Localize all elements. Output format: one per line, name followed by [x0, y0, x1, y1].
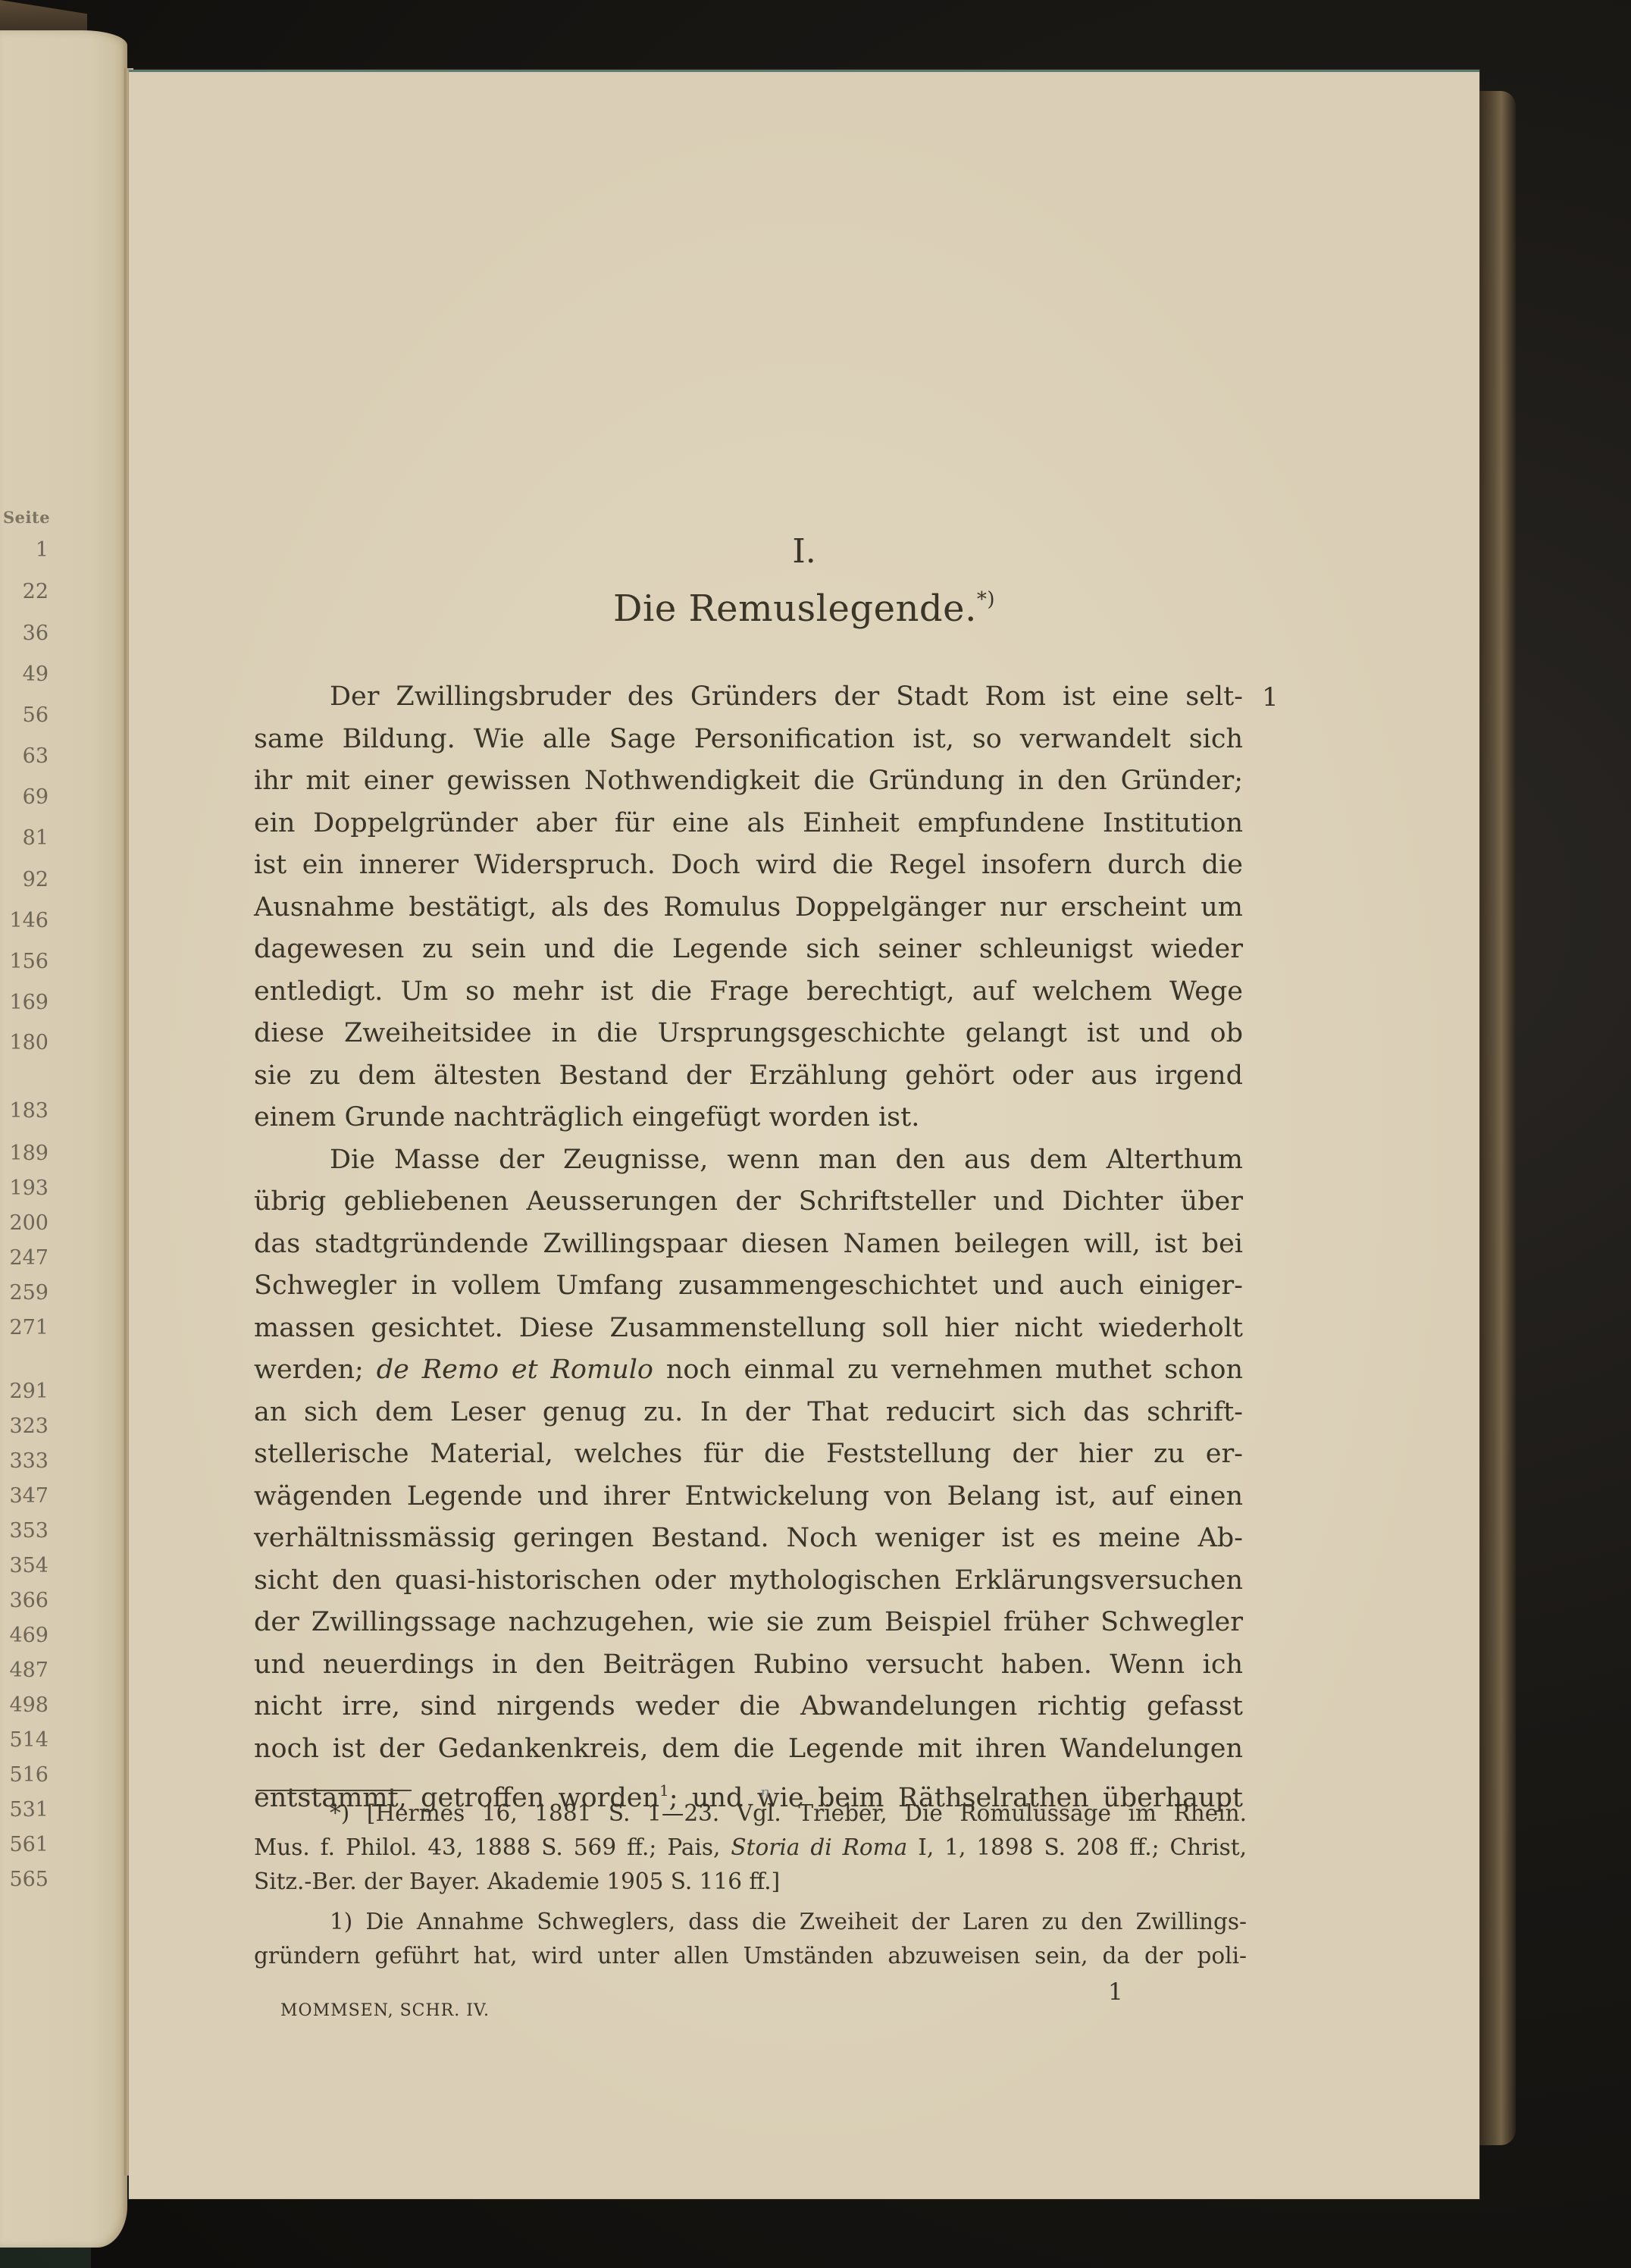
text-line: Die Masse der Zeugnisse, wenn man den au… [254, 1139, 1243, 1182]
toc-page-number: 347 [0, 1486, 49, 1506]
toc-page-number: 469 [0, 1625, 49, 1646]
toc-page-number: 56 [0, 705, 49, 725]
text-line: stellerische Material, welches für die F… [254, 1433, 1243, 1476]
footnotes: *) [Hermes 16, 1881 S. 1—23. Vgl. Triebe… [254, 1797, 1247, 1979]
text-line: nicht irre, sind nirgends weder die Abwa… [254, 1686, 1243, 1728]
toc-page-number: 366 [0, 1590, 49, 1611]
toc-page-number: 180 [0, 1032, 49, 1053]
text-line: entledigt. Um so mehr ist die Frage bere… [254, 971, 1243, 1013]
text-line: gründern geführt hat, wird unter allen U… [254, 1939, 1247, 1973]
footnote-rule [256, 1790, 412, 1791]
toc-page-number: 565 [0, 1869, 49, 1890]
toc-page-number: 193 [0, 1178, 49, 1198]
toc-page-number: 63 [0, 746, 49, 766]
text-line: an sich dem Leser genug zu. In der That … [254, 1392, 1243, 1434]
italic-title: de Remo et Romulo [377, 1355, 653, 1385]
text-line: Sitz.-Ber. der Bayer. Akademie 1905 S. 1… [254, 1865, 1247, 1899]
printer-signature-mark: MOMMSEN, SCHR. IV. [280, 2001, 490, 2020]
toc-page-number: 22 [0, 581, 49, 602]
text-line: ihr mit einer gewissen Nothwendigkeit di… [254, 760, 1243, 803]
text-line: *) [Hermes 16, 1881 S. 1—23. Vgl. Triebe… [254, 1797, 1247, 1831]
toc-page-number: 333 [0, 1451, 49, 1471]
toc-page-number: 183 [0, 1101, 49, 1121]
text-line: Der Zwillingsbruder des Gründers der Sta… [254, 676, 1243, 719]
toc-page-number: 49 [0, 664, 49, 684]
toc-page-number: 531 [0, 1800, 49, 1820]
text-line: 1) Die Annahme Schweglers, dass die Zwei… [254, 1905, 1247, 1939]
text-line: und neuerdings in den Beiträgen Rubino v… [254, 1644, 1243, 1687]
toc-page-number: 291 [0, 1381, 49, 1402]
text-line: dagewesen zu sein und die Legende sich s… [254, 929, 1243, 971]
toc-page-number: 146 [0, 910, 49, 931]
text-line: sicht den quasi-historischen oder mythol… [254, 1560, 1243, 1602]
toc-page-number: 487 [0, 1660, 49, 1681]
toc-page-number: 354 [0, 1555, 49, 1576]
text-line: ist ein innerer Widerspruch. Doch wird d… [254, 844, 1243, 887]
toc-page-number: 36 [0, 623, 49, 644]
toc-page-number: 247 [0, 1248, 49, 1268]
chapter-number: I. [129, 532, 1479, 571]
page-block-edge [1479, 91, 1516, 2145]
text-line: Ausnahme bestätigt, als des Romulus Dopp… [254, 887, 1243, 929]
toc-page-number: 323 [0, 1416, 49, 1436]
toc-page-number: 498 [0, 1695, 49, 1715]
text-line: massen gesichtet. Diese Zusammenstellung… [254, 1308, 1243, 1350]
toc-page-number: 1 [0, 540, 49, 560]
text-run: I, 1, 1898 S. 208 ff.; Christ, [907, 1834, 1247, 1860]
footnote: 1) Die Annahme Schweglers, dass die Zwei… [254, 1905, 1247, 1973]
toc-page-number: 69 [0, 787, 49, 807]
text-line: same Bildung. Wie alle Sage Personificat… [254, 719, 1243, 761]
text-line: ein Doppelgründer aber für eine als Einh… [254, 803, 1243, 845]
toc-page-number: 514 [0, 1730, 49, 1750]
chapter-title-text: Die Remuslegende. [613, 587, 977, 630]
text-run: Mus. f. Philol. 43, 1888 S. 569 ff.; Pai… [254, 1834, 731, 1860]
text-line: das stadtgründende Zwillingspaar diesen … [254, 1223, 1243, 1266]
toc-page-number: 561 [0, 1834, 49, 1855]
sheet-number: 1 [1108, 1978, 1123, 2006]
text-line: verhältnissmässig geringen Bestand. Noch… [254, 1518, 1243, 1560]
margin-note-line-number: 1 [1262, 682, 1279, 713]
footnote: *) [Hermes 16, 1881 S. 1—23. Vgl. Triebe… [254, 1797, 1247, 1899]
body-text: Der Zwillingsbruder des Gründers der Sta… [254, 676, 1243, 1812]
text-line: Schwegler in vollem Umfang zusammengesch… [254, 1265, 1243, 1308]
text-run: werden; [254, 1355, 377, 1385]
toc-page-number: 516 [0, 1765, 49, 1785]
footnote-marker-title: *) [977, 588, 995, 611]
toc-column-label: Seite [3, 508, 50, 527]
toc-page-number: 189 [0, 1143, 49, 1164]
toc-page-number: 156 [0, 951, 49, 972]
toc-page-number: 353 [0, 1521, 49, 1541]
chapter-title: Die Remuslegende.*) [129, 587, 1479, 630]
toc-page-number: 271 [0, 1317, 49, 1338]
left-page: Seite 1223649566369819214615616918018318… [0, 30, 127, 2248]
text-line: übrig gebliebenen Aeusserungen der Schri… [254, 1181, 1243, 1223]
text-line: einem Grunde nachträglich eingefügt word… [254, 1097, 1243, 1139]
text-line: werden; de Remo et Romulo noch einmal zu… [254, 1349, 1243, 1392]
italic-title: Storia di Roma [731, 1834, 907, 1860]
toc-page-number: 259 [0, 1283, 49, 1303]
text-run: noch einmal zu vernehmen muthet schon [653, 1355, 1243, 1385]
toc-page-number: 81 [0, 828, 49, 848]
text-line: der Zwillingssage nachzugehen, wie sie z… [254, 1602, 1243, 1644]
text-line: wägenden Legende und ihrer Entwickelung … [254, 1476, 1243, 1518]
text-line: Mus. f. Philol. 43, 1888 S. 569 ff.; Pai… [254, 1831, 1247, 1865]
toc-page-number: 169 [0, 992, 49, 1013]
toc-page-number: 200 [0, 1213, 49, 1233]
text-line: noch ist der Gedankenkreis, dem die Lege… [254, 1728, 1243, 1771]
text-line: diese Zweiheitsidee in die Ursprungsgesc… [254, 1013, 1243, 1055]
text-line: sie zu dem ältesten Bestand der Erzählun… [254, 1055, 1243, 1098]
toc-page-number: 92 [0, 869, 49, 890]
